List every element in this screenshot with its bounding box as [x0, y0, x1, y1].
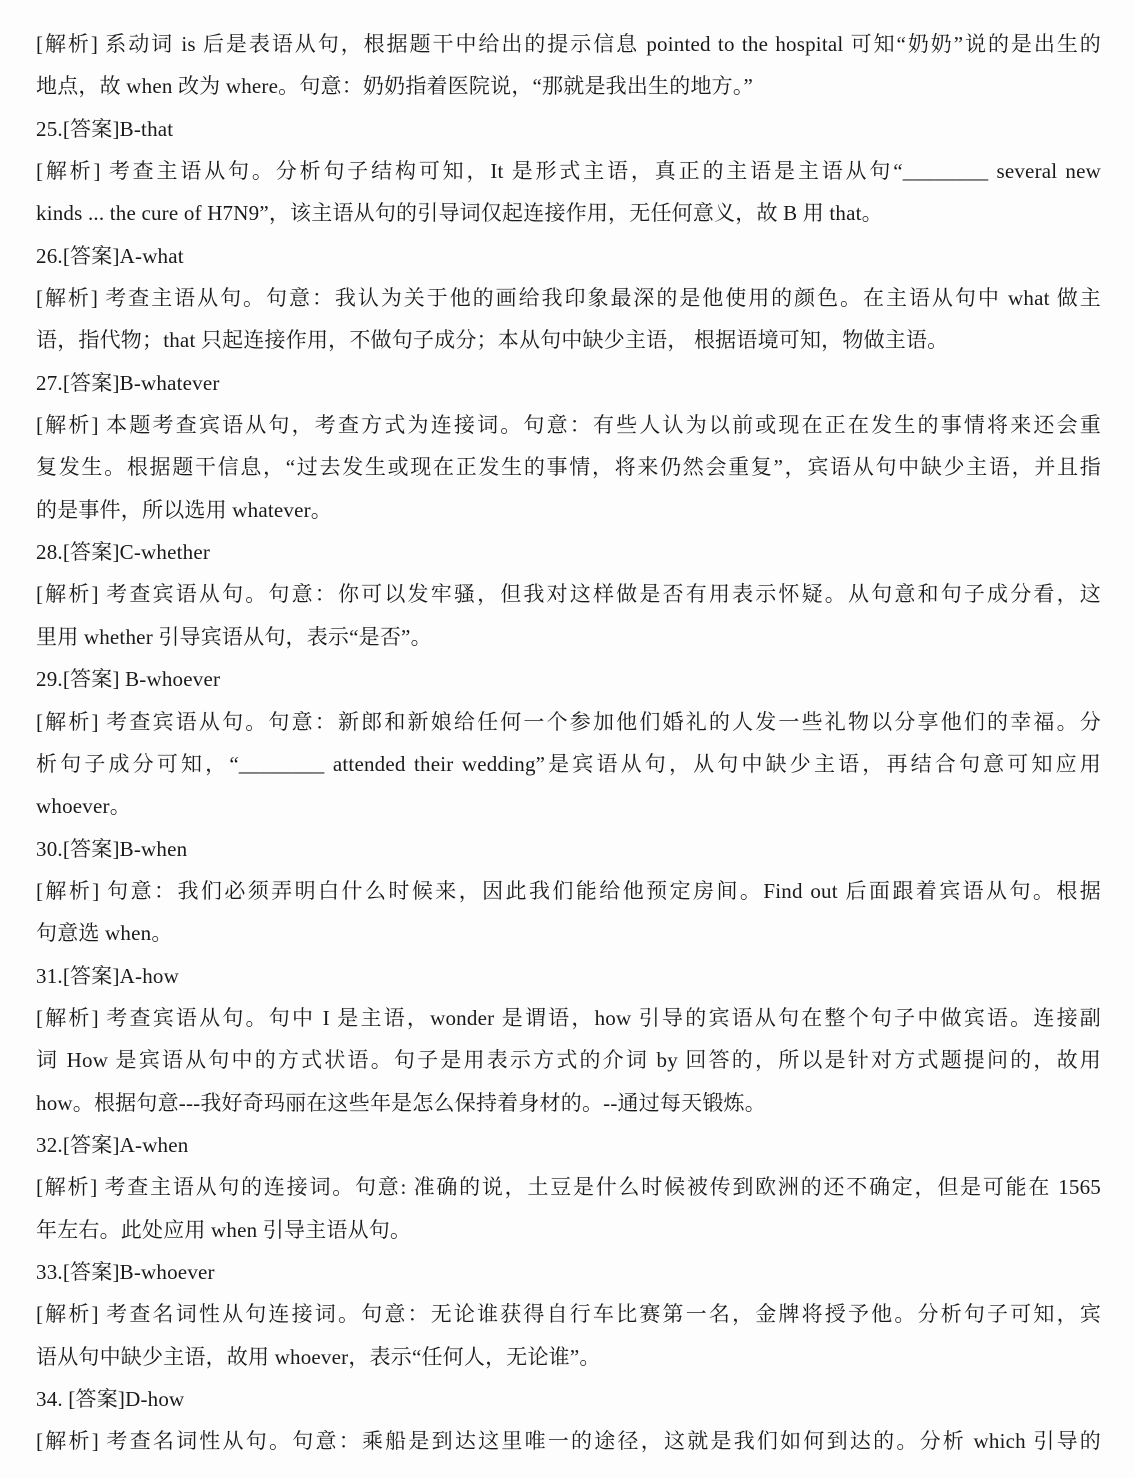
- document-page: [解析] 系动词 is 后是表语从句，根据题干中给出的提示信息 pointed …: [0, 0, 1135, 1478]
- answer-line-29: 29.[答案] B-whoever: [36, 658, 1101, 700]
- explanation-line: [解析] 系动词 is 后是表语从句，根据题干中给出的提示信息 pointed …: [36, 23, 1101, 65]
- explanation-line: [解析] 本题考查宾语从句，考查方式为连接词。句意：有些人认为以前或现在正在发生…: [36, 404, 1101, 446]
- answer-line-31: 31.[答案]A-how: [36, 955, 1101, 997]
- answer-line-30: 30.[答案]B-when: [36, 828, 1101, 870]
- answer-line-28: 28.[答案]C-whether: [36, 531, 1101, 573]
- explanation-line: [解析] 考查主语从句。分析句子结构可知，It 是形式主语，真正的主语是主语从句…: [36, 150, 1101, 192]
- explanation-line: 语从句中缺少主语，故用 whoever，表示“任何人，无论谁”。: [36, 1336, 1101, 1378]
- answer-line-27: 27.[答案]B-whatever: [36, 362, 1101, 404]
- answer-line-33: 33.[答案]B-whoever: [36, 1251, 1101, 1293]
- explanation-line: [解析] 考查名词性从句连接词。句意：无论谁获得自行车比赛第一名，金牌将授予他。…: [36, 1293, 1101, 1335]
- explanation-line: 语，指代物；that 只起连接作用，不做句子成分；本从句中缺少主语， 根据语境可…: [36, 319, 1101, 361]
- explanation-line: [解析] 考查宾语从句。句意：你可以发牢骚，但我对这样做是否有用表示怀疑。从句意…: [36, 573, 1101, 615]
- explanation-line: 年左右。此处应用 when 引导主语从句。: [36, 1209, 1101, 1251]
- explanation-line: 地点，故 when 改为 where。句意：奶奶指着医院说，“那就是我出生的地方…: [36, 65, 1101, 107]
- explanation-line: [解析] 句意：我们必须弄明白什么时候来，因此我们能给他预定房间。Find ou…: [36, 870, 1101, 912]
- explanation-line: [解析] 考查宾语从句。句意：新郎和新娘给任何一个参加他们婚礼的人发一些礼物以分…: [36, 701, 1101, 743]
- answer-line-26: 26.[答案]A-what: [36, 235, 1101, 277]
- explanation-line: 析句子成分可知，“________ attended their wedding…: [36, 743, 1101, 785]
- explanation-line: [解析] 考查主语从句。句意：我认为关于他的画给我印象最深的是他使用的颜色。在主…: [36, 277, 1101, 319]
- explanation-line: 复发生。根据题干信息，“过去发生或现在正发生的事情，将来仍然会重复”，宾语从句中…: [36, 446, 1101, 488]
- explanation-line: how。根据句意---我好奇玛丽在这些年是怎么保持着身材的。--通过每天锻炼。: [36, 1082, 1101, 1124]
- explanation-line: [解析] 考查宾语从句。句中 I 是主语，wonder 是谓语，how 引导的宾…: [36, 997, 1101, 1039]
- explanation-line: kinds ... the cure of H7N9”，该主语从句的引导词仅起连…: [36, 192, 1101, 234]
- explanation-line: [解析] 考查名词性从句。句意：乘船是到达这里唯一的途径，这就是我们如何到达的。…: [36, 1420, 1101, 1462]
- answer-line-34: 34. [答案]D-how: [36, 1378, 1101, 1420]
- explanation-line: 的是事件，所以选用 whatever。: [36, 489, 1101, 531]
- answer-line-25: 25.[答案]B-that: [36, 108, 1101, 150]
- explanation-line: whoever。: [36, 785, 1101, 827]
- explanation-line: 句意选 when。: [36, 912, 1101, 954]
- explanation-line: 里用 whether 引导宾语从句，表示“是否”。: [36, 616, 1101, 658]
- explanation-line: 词 How 是宾语从句中的方式状语。句子是用表示方式的介词 by 回答的，所以是…: [36, 1039, 1101, 1081]
- answer-line-32: 32.[答案]A-when: [36, 1124, 1101, 1166]
- explanation-line: [解析] 考查主语从句的连接词。句意: 准确的说，土豆是什么时候被传到欧洲的还不…: [36, 1166, 1101, 1208]
